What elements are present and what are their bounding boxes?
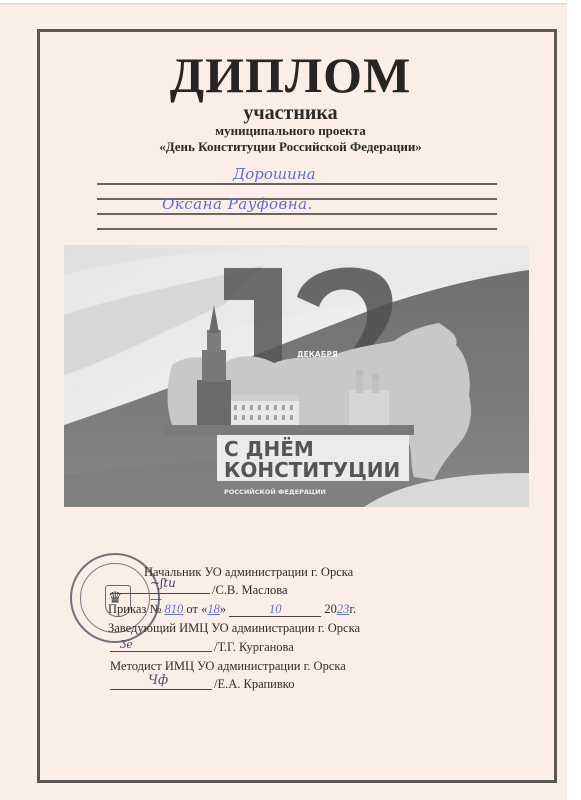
- methodist-signature-line: [110, 689, 212, 690]
- constitution-day-poster: ДЕКАБРЯ С ДНЁМ КОНСТИТУЦИИ РОССИЙСКОЙ ФЕ…: [64, 245, 529, 507]
- imc-head-signature: Ʒe: [120, 637, 133, 653]
- order-day: 18: [207, 602, 220, 616]
- order-year-unit: г.: [349, 602, 356, 616]
- svg-text:КОНСТИТУЦИИ: КОНСТИТУЦИИ: [224, 458, 400, 482]
- svg-text:ДЕКАБРЯ: ДЕКАБРЯ: [297, 350, 338, 359]
- head-name: /С.В. Маслова: [212, 583, 288, 597]
- order-year-suffix: 23: [337, 602, 350, 616]
- order-close: »: [220, 602, 226, 616]
- order-number: 810: [165, 602, 184, 616]
- methodist-name: /Е.А. Крапивко: [214, 677, 294, 691]
- name-line-1: [97, 183, 497, 185]
- order-prefix: Приказ №: [108, 602, 161, 616]
- imc-head-name: /Т.Г. Курганова: [214, 640, 294, 654]
- order-year-prefix: 20: [324, 602, 337, 616]
- diploma-title: ДИПЛОМ: [0, 50, 581, 100]
- project-name: «День Конституции Российской Федерации»: [0, 139, 581, 154]
- methodist-signature: Ɥф: [148, 673, 168, 689]
- name-line-3: [97, 213, 497, 215]
- order-from: от «: [186, 602, 207, 616]
- recipient-surname: Дорошина: [233, 166, 316, 182]
- svg-text:РОССИЙСКОЙ ФЕДЕРАЦИИ: РОССИЙСКОЙ ФЕДЕРАЦИИ: [224, 487, 326, 496]
- name-line-4: [97, 228, 497, 230]
- project-description: муниципального проекта: [0, 123, 581, 138]
- order-line: Приказ № 810 от «18» 10 2023г.: [108, 602, 356, 617]
- order-month: 10: [229, 602, 321, 617]
- methodist-title: Методист ИМЦ УО администрации г. Орска: [110, 659, 346, 673]
- imc-head-title: Заведующий ИМЦ УО администрации г. Орска: [108, 621, 360, 635]
- diploma-subtitle: участника: [0, 102, 581, 124]
- recipient-given-names: Оксана Раyфовна.: [162, 196, 313, 212]
